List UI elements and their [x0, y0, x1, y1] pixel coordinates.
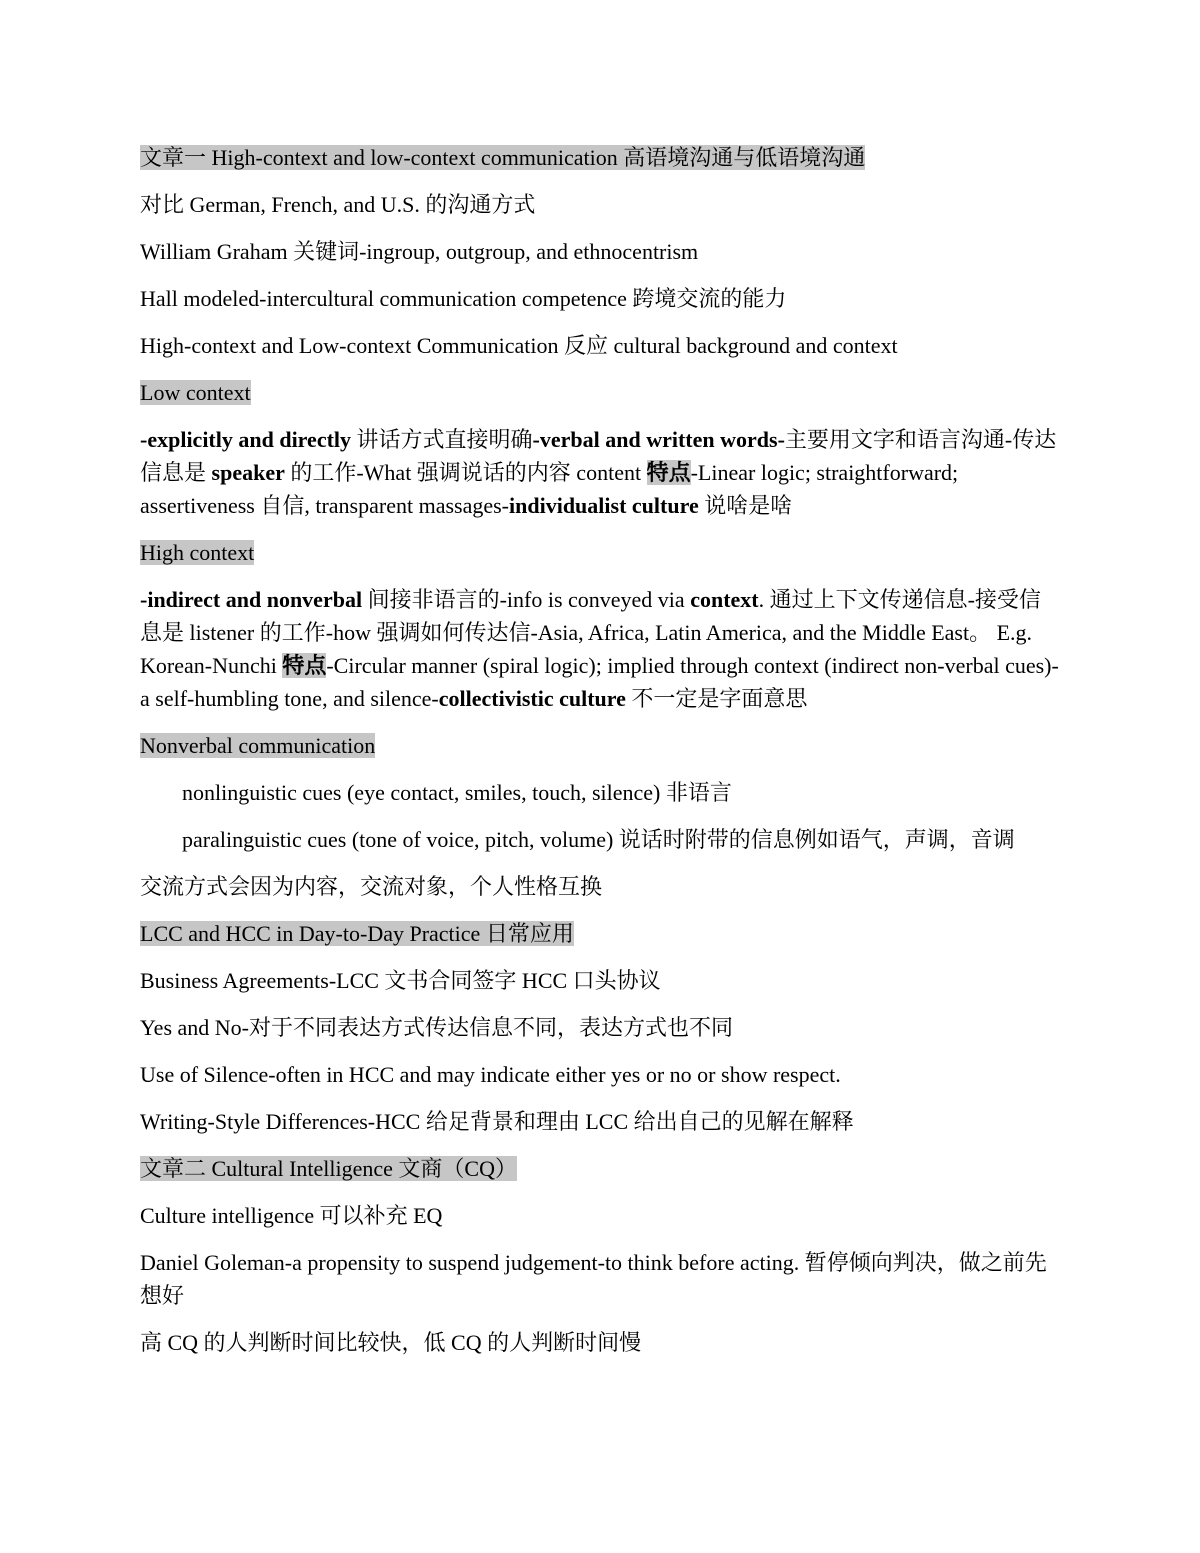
paragraph-business-agreements: Business Agreements-LCC 文书合同签字 HCC 口头协议 [140, 964, 1060, 997]
paragraph-culture-intelligence-eq: Culture intelligence 可以补充 EQ [140, 1199, 1060, 1232]
highlighted-text: Nonverbal communication [140, 733, 375, 758]
text-run: Writing-Style Differences-HCC 给足背景和理由 LC… [140, 1109, 854, 1134]
text-run: collectivistic culture [439, 686, 626, 711]
paragraph-day-to-day-heading: LCC and HCC in Day-to-Day Practice 日常应用 [140, 917, 1060, 950]
text-run: Hall modeled-intercultural communication… [140, 286, 786, 311]
text-run: individualist culture [509, 493, 699, 518]
highlighted-text: 特点 [647, 460, 691, 485]
text-run: 不一定是字面意思 [626, 686, 808, 711]
paragraph-use-of-silence: Use of Silence-often in HCC and may indi… [140, 1058, 1060, 1091]
paragraph-daniel-goleman: Daniel Goleman-a propensity to suspend j… [140, 1246, 1060, 1312]
highlighted-text: 文章一 High-context and low-context communi… [140, 145, 865, 170]
text-run: -indirect and nonverbal [140, 587, 368, 612]
paragraph-communication-switch: 交流方式会因为内容，交流对象，个人性格互换 [140, 870, 1060, 903]
paragraph-yes-and-no: Yes and No-对于不同表达方式传达信息不同，表达方式也不同 [140, 1011, 1060, 1044]
paragraph-article-2-title: 文章二 Cultural Intelligence 文商（CQ） [140, 1152, 1060, 1185]
text-run: Business Agreements-LCC 文书合同签字 HCC 口头协议 [140, 968, 661, 993]
text-run: nonlinguistic cues (eye contact, smiles,… [182, 780, 732, 805]
highlighted-text: 特点 [282, 653, 326, 678]
highlighted-text: High context [140, 540, 254, 565]
text-run: 交流方式会因为内容，交流对象，个人性格互换 [140, 874, 602, 899]
text-run: 间接非语言的-info is conveyed via [368, 587, 691, 612]
text-run: 的工作-What 强调说话的内容 content [285, 460, 647, 485]
paragraph-william-graham: William Graham 关键词-ingroup, outgroup, an… [140, 235, 1060, 268]
paragraph-hall-model: Hall modeled-intercultural communication… [140, 282, 1060, 315]
paragraph-hcc-lcc-reflect: High-context and Low-context Communicati… [140, 329, 1060, 362]
paragraph-article-1-title: 文章一 High-context and low-context communi… [140, 141, 1060, 174]
paragraph-compare-communication: 对比 German, French, and U.S. 的沟通方式 [140, 188, 1060, 221]
paragraph-cq-judgement-speed: 高 CQ 的人判断时间比较快，低 CQ 的人判断时间慢 [140, 1326, 1060, 1359]
text-run: -explicitly and directly [140, 427, 357, 452]
text-run: William Graham 关键词-ingroup, outgroup, an… [140, 239, 698, 264]
highlighted-text: Low context [140, 380, 251, 405]
paragraph-paralinguistic-cues: paralinguistic cues (tone of voice, pitc… [140, 823, 1060, 856]
text-run: 高 CQ 的人判断时间比较快，低 CQ 的人判断时间慢 [140, 1330, 641, 1355]
text-run: 说啥是啥 [699, 493, 793, 518]
text-run: Culture intelligence 可以补充 EQ [140, 1203, 442, 1228]
paragraph-nonverbal-heading: Nonverbal communication [140, 729, 1060, 762]
text-run: context [690, 587, 758, 612]
text-run: Use of Silence-often in HCC and may indi… [140, 1062, 841, 1087]
text-run: paralinguistic cues (tone of voice, pitc… [182, 827, 1015, 852]
paragraph-low-context-heading: Low context [140, 376, 1060, 409]
text-run: High-context and Low-context Communicati… [140, 333, 898, 358]
document-page: 文章一 High-context and low-context communi… [0, 0, 1200, 1553]
text-run: Daniel Goleman-a propensity to suspend j… [140, 1250, 1047, 1308]
text-run: 讲话方式直接明确 [357, 427, 533, 452]
paragraph-low-context-body: -explicitly and directly 讲话方式直接明确-verbal… [140, 423, 1060, 522]
text-run: speaker [212, 460, 285, 485]
text-run: 对比 German, French, and U.S. 的沟通方式 [140, 192, 535, 217]
paragraph-nonlinguistic-cues: nonlinguistic cues (eye contact, smiles,… [140, 776, 1060, 809]
highlighted-text: 文章二 Cultural Intelligence 文商（CQ） [140, 1156, 517, 1181]
text-run: Yes and No-对于不同表达方式传达信息不同，表达方式也不同 [140, 1015, 733, 1040]
paragraph-high-context-heading: High context [140, 536, 1060, 569]
highlighted-text: LCC and HCC in Day-to-Day Practice 日常应用 [140, 921, 574, 946]
paragraph-writing-style: Writing-Style Differences-HCC 给足背景和理由 LC… [140, 1105, 1060, 1138]
text-run: -verbal and written words- [533, 427, 785, 452]
paragraph-high-context-body: -indirect and nonverbal 间接非语言的-info is c… [140, 583, 1060, 715]
document-body: 文章一 High-context and low-context communi… [140, 141, 1060, 1359]
